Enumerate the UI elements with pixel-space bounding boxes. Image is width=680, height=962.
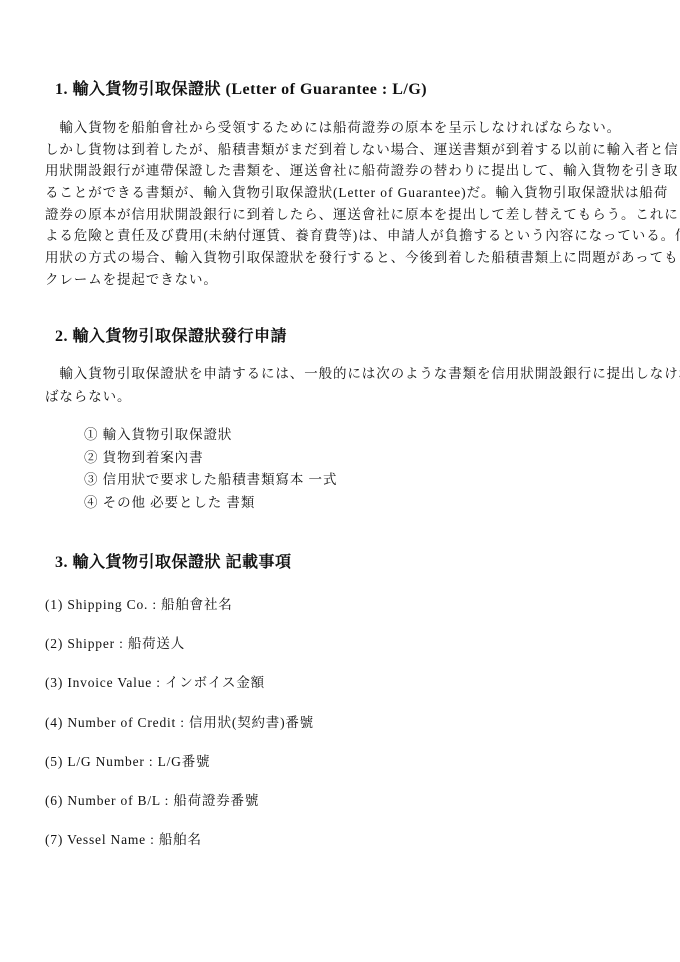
document-page: 1. 輸入貨物引取保證狀 (Letter of Guarantee : L/G)… <box>0 0 680 962</box>
paragraph-line: 證券の原本が信用狀開設銀行に到着したら、運送會社に原本を提出して差し替えてもらう… <box>45 204 637 226</box>
paragraph-line: しかし貨物は到着したが、船積書類がまだ到着しない場合、運送書類が到着する以前に輸… <box>45 139 637 161</box>
field-item: (7) Vessel Name : 船舶名 <box>45 820 314 859</box>
field-item: (2) Shipper : 船荷送人 <box>45 624 314 663</box>
paragraph-line: クレームを提起できない。 <box>45 269 637 291</box>
field-item: (1) Shipping Co. : 船舶會社名 <box>45 585 314 624</box>
paragraph-line: 用狀の方式の場合、輸入貨物引取保證狀を發行すると、今後到着した船積書類上に問題が… <box>45 247 637 269</box>
section-1-paragraph: 輸入貨物を船舶會社から受領するためには船荷證券の原本を呈示しなければならない。 … <box>45 117 637 291</box>
field-item: (4) Number of Credit : 信用狀(契約書)番號 <box>45 703 314 742</box>
paragraph-line: 用狀開設銀行が連帶保證した書類を、運送會社に船荷證券の替わりに提出して、輸入貨物… <box>45 160 637 182</box>
lg-entry-fields-list: (1) Shipping Co. : 船舶會社名 (2) Shipper : 船… <box>45 585 314 859</box>
list-item: ② 貨物到着案內書 <box>84 447 337 470</box>
list-item: ④ その他 必要とした 書類 <box>84 492 337 515</box>
paragraph-line: 輸入貨物を船舶會社から受領するためには船荷證券の原本を呈示しなければならない。 <box>45 117 637 139</box>
section-2-paragraph: 輸入貨物引取保證狀を申請するには、一般的には次のような書類を信用狀開設銀行に提出… <box>45 363 637 408</box>
paragraph-line: よる危險と責任及び費用(未納付運賃、養育費等)は、申請人が負擔するという內容にな… <box>45 225 637 247</box>
section-3-heading: 3. 輸入貨物引取保證狀 記載事項 <box>55 549 292 572</box>
field-item: (3) Invoice Value : インボイス金額 <box>45 663 314 702</box>
section-2-heading: 2. 輸入貨物引取保證狀發行申請 <box>55 323 287 346</box>
field-item: (5) L/G Number : L/G番號 <box>45 742 314 781</box>
field-item: (6) Number of B/L : 船荷證券番號 <box>45 781 314 820</box>
paragraph-line: ることができる書類が、輸入貨物引取保證狀(Letter of Guarantee… <box>45 182 637 204</box>
section-1-heading: 1. 輸入貨物引取保證狀 (Letter of Guarantee : L/G) <box>55 76 427 99</box>
list-item: ① 輸入貨物引取保證狀 <box>84 424 337 447</box>
required-documents-list: ① 輸入貨物引取保證狀 ② 貨物到着案內書 ③ 信用狀で要求した船積書類寫本 一… <box>84 424 337 515</box>
paragraph-line: 輸入貨物引取保證狀を申請するには、一般的には次のような書類を信用狀開設銀行に提出… <box>45 363 637 386</box>
list-item: ③ 信用狀で要求した船積書類寫本 一式 <box>84 469 337 492</box>
paragraph-line: ばならない。 <box>45 386 637 409</box>
